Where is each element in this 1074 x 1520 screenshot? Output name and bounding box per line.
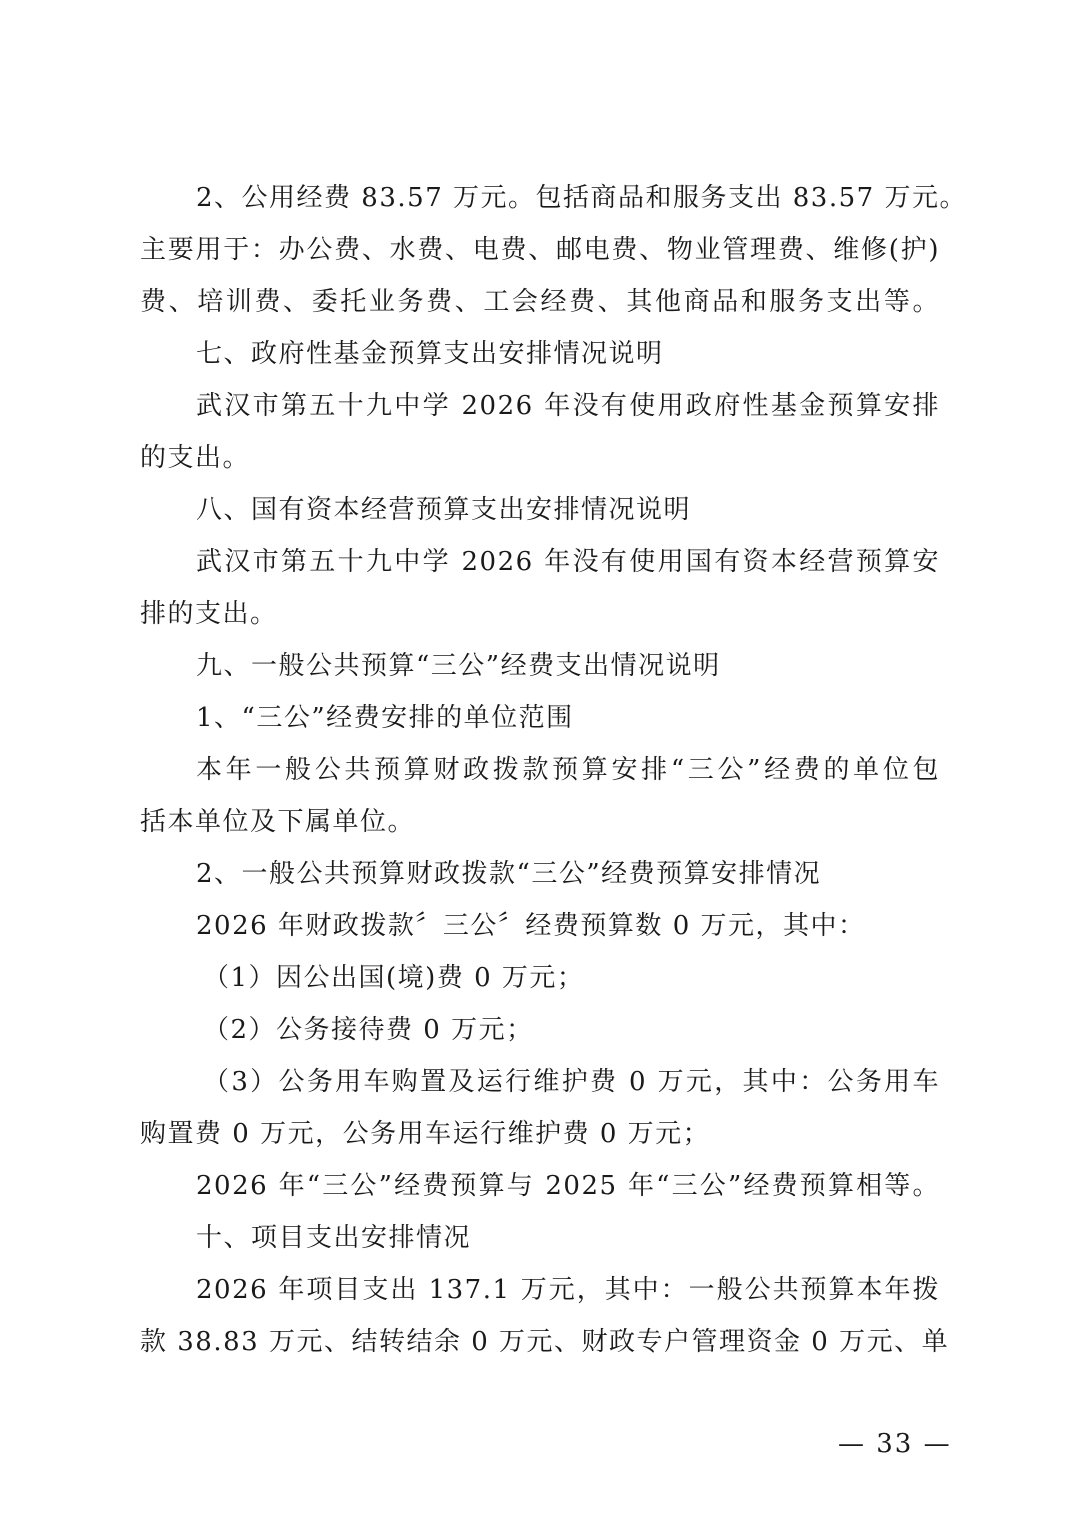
text-line: 费、培训费、委托业务费、工会经费、其他商品和服务支出等。	[140, 282, 940, 322]
text-line: 本年一般公共预算财政拨款预算安排“三公”经费的单位包	[196, 750, 940, 790]
text-line: 七、政府性基金预算支出安排情况说明	[196, 334, 940, 374]
text-line: 2026 年财政拨款〞三公〞经费预算数 0 万元，其中：	[196, 906, 940, 946]
text-line: 十、项目支出安排情况	[196, 1218, 940, 1258]
text-line: 括本单位及下属单位。	[140, 802, 940, 842]
text-line: 武汉市第五十九中学 2026 年没有使用国有资本经营预算安	[196, 542, 940, 582]
text-line: 主要用于：办公费、水费、电费、邮电费、物业管理费、维修(护)	[140, 230, 940, 270]
text-line: 2、公用经费 83.57 万元。包括商品和服务支出 83.57 万元。	[196, 178, 940, 218]
text-line: 九、一般公共预算“三公”经费支出情况说明	[196, 646, 940, 686]
text-line: （3）公务用车购置及运行维护费 0 万元，其中：公务用车	[203, 1062, 940, 1102]
text-line: 排的支出。	[140, 594, 940, 634]
text-line: （1）因公出国(境)费 0 万元；	[203, 958, 940, 998]
page-number: — 33 —	[838, 1424, 952, 1464]
text-line: 八、国有资本经营预算支出安排情况说明	[196, 490, 940, 530]
text-line: 2026 年项目支出 137.1 万元，其中：一般公共预算本年拨	[196, 1270, 940, 1310]
text-line: 1、“三公”经费安排的单位范围	[196, 698, 940, 738]
text-line: 武汉市第五十九中学 2026 年没有使用政府性基金预算安排	[196, 386, 940, 426]
text-line: 购置费 0 万元，公务用车运行维护费 0 万元；	[140, 1114, 940, 1154]
text-line: 2026 年“三公”经费预算与 2025 年“三公”经费预算相等。	[196, 1166, 940, 1206]
text-line: 的支出。	[140, 438, 940, 478]
text-line: 款 38.83 万元、结转结余 0 万元、财政专户管理资金 0 万元、单	[140, 1322, 940, 1362]
text-line: 2、一般公共预算财政拨款“三公”经费预算安排情况	[196, 854, 940, 894]
document-page: 2、公用经费 83.57 万元。包括商品和服务支出 83.57 万元。主要用于：…	[0, 0, 1074, 1520]
text-line: （2）公务接待费 0 万元；	[203, 1010, 940, 1050]
